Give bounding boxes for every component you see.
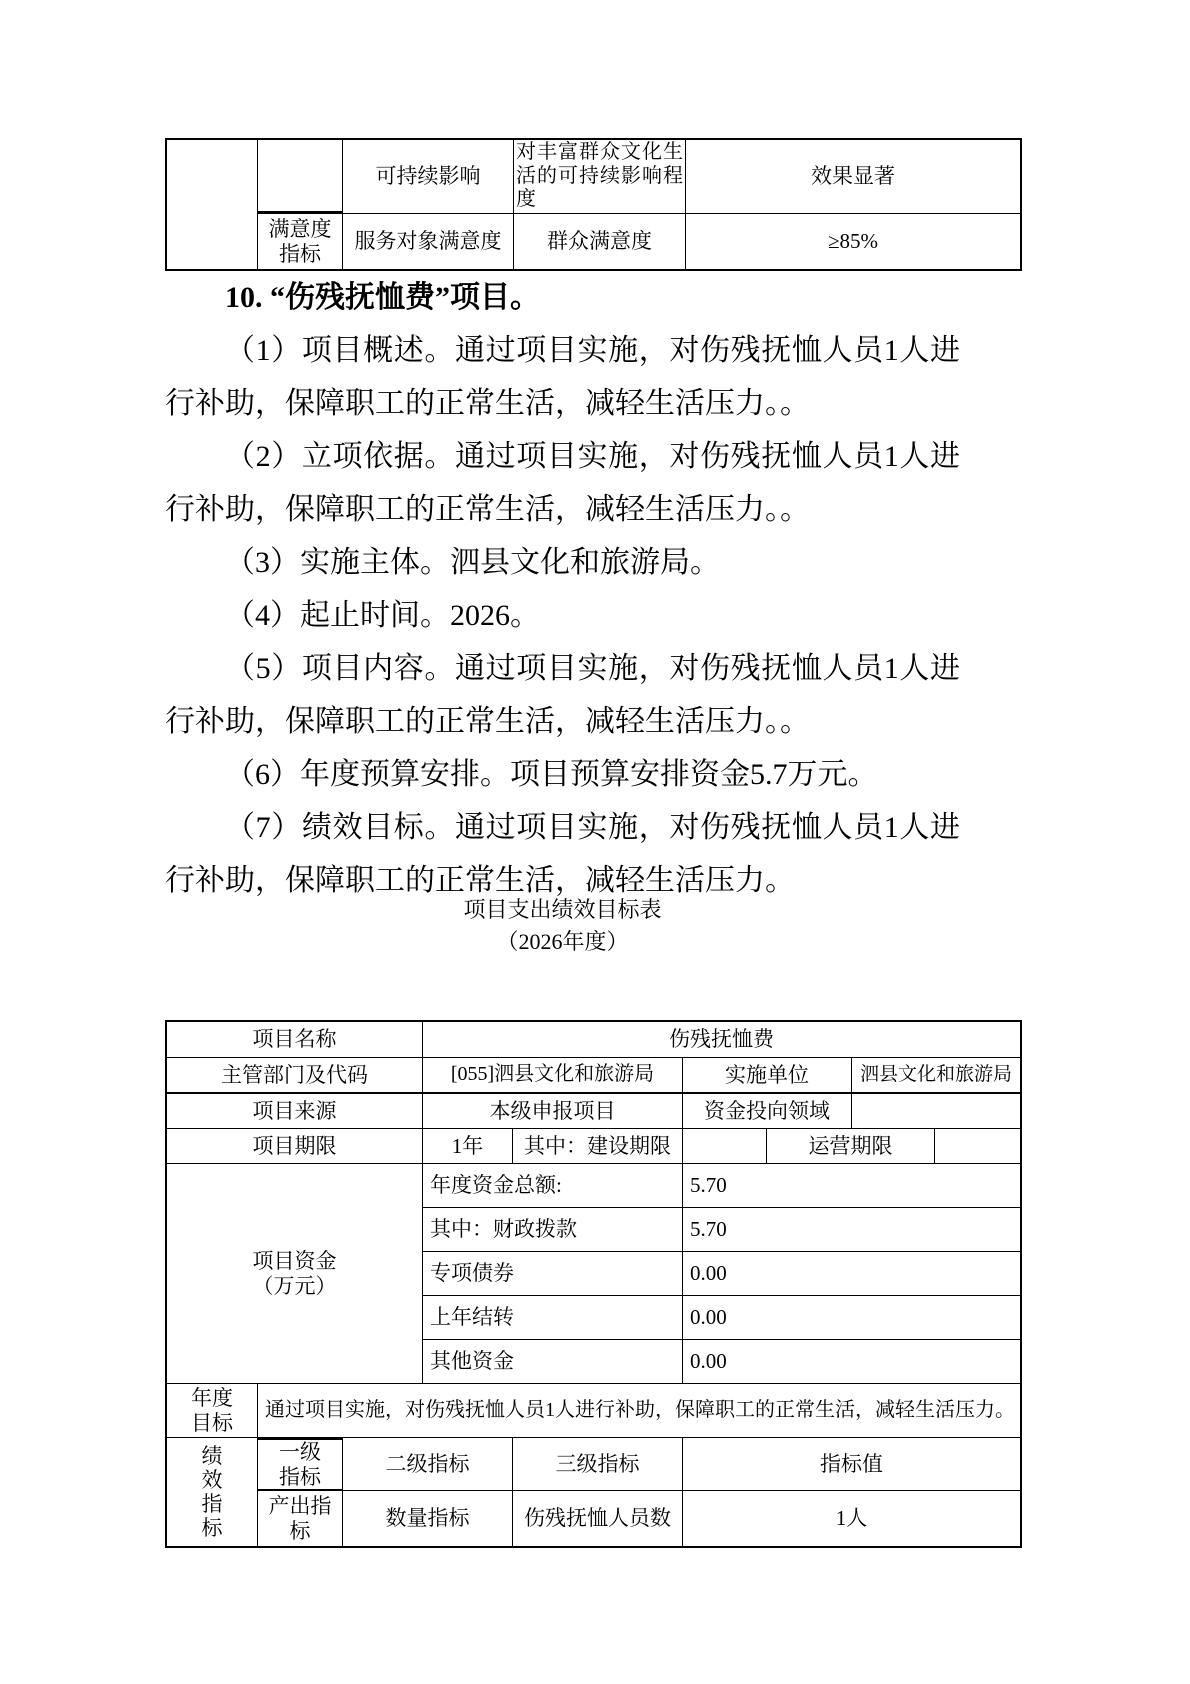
document-page: 可持续影响 对丰富群众文化生活的可持续影响程度 效果显著 满意度 指标 服务对象…: [0, 0, 1190, 1684]
perf-header-level3: 三级指标: [513, 1438, 683, 1491]
project-name-label: 项目名称: [167, 1022, 423, 1058]
paragraph-budget: （6）年度预算安排。项目预算安排资金5.7万元。: [165, 748, 960, 801]
paragraph-basis: （2）立项依据。通过项目实施，对伤残抚恤人员1人进行补助，保障职工的正常生活，减…: [165, 430, 960, 536]
perf-header-value: 指标值: [683, 1438, 1020, 1491]
cont-empty-level1-cell: [258, 140, 343, 214]
impl-unit-value: 泗县文化和旅游局: [852, 1058, 1020, 1094]
section-heading: 10. “伤残抚恤费”项目。: [165, 271, 960, 324]
goal-table-subtitle: （2026年度）: [165, 929, 960, 955]
period-label: 项目期限: [167, 1129, 423, 1164]
funds-fiscal-value: 5.70: [683, 1208, 1020, 1252]
operate-period-label: 运营期限: [767, 1129, 935, 1164]
annual-goal-text: 通过项目实施，对伤残抚恤人员1人进行补助，保障职工的正常生活，减轻生活压力。: [258, 1384, 1020, 1438]
goal-table-title: 项目支出绩效目标表: [165, 897, 960, 923]
invest-field-value: [852, 1094, 1020, 1129]
perf-header-level2: 二级指标: [343, 1438, 513, 1491]
cont-value-cell: 效果显著: [686, 140, 1020, 214]
paragraph-implementer: （3）实施主体。泗县文化和旅游局。: [165, 536, 960, 589]
dept-label: 主管部门及代码: [167, 1058, 423, 1094]
operate-period-value: [935, 1129, 1020, 1164]
cont-satisfaction-level3-cell: 群众满意度: [514, 214, 686, 269]
cont-satisfaction-value-cell: ≥85%: [686, 214, 1020, 269]
perf-row-level1: 产出指 标: [258, 1491, 343, 1546]
paragraph-timeframe: （4）起止时间。2026。: [165, 589, 960, 642]
dept-value: [055]泗县文化和旅游局: [423, 1058, 683, 1094]
project-name-value: 伤残抚恤费: [423, 1022, 1020, 1058]
perf-row-level3: 伤残抚恤人员数: [513, 1491, 683, 1546]
build-period-label: 其中：建设期限: [513, 1129, 683, 1164]
funds-other-value: 0.00: [683, 1340, 1020, 1384]
annual-goal-label: 年度 目标: [167, 1384, 258, 1438]
perf-indicator-label: 绩 效 指 标: [167, 1438, 258, 1546]
funds-other-label: 其他资金: [423, 1340, 683, 1384]
paragraph-content: （5）项目内容。通过项目实施，对伤残抚恤人员1人进行补助，保障职工的正常生活，减…: [165, 642, 960, 748]
paragraph-goal: （7）绩效目标。通过项目实施，对伤残抚恤人员1人进行补助，保障职工的正常生活，减…: [165, 801, 960, 907]
goal-table: 项目名称 伤残抚恤费 主管部门及代码 [055]泗县文化和旅游局 实施单位 泗县…: [165, 1020, 1022, 1548]
funds-carryover-value: 0.00: [683, 1296, 1020, 1340]
funds-total-label: 年度资金总额:: [423, 1164, 683, 1208]
funds-carryover-label: 上年结转: [423, 1296, 683, 1340]
funds-label: 项目资金 （万元）: [167, 1164, 423, 1384]
period-value: 1年: [423, 1129, 513, 1164]
source-label: 项目来源: [167, 1094, 423, 1129]
perf-indicator-label-text: 绩 效 指 标: [197, 1444, 226, 1540]
perf-row-level2: 数量指标: [343, 1491, 513, 1546]
source-value: 本级申报项目: [423, 1094, 683, 1129]
impl-unit-label: 实施单位: [683, 1058, 852, 1094]
cont-satisfaction-level1-cell: 满意度 指标: [258, 214, 343, 269]
perf-header-level1: 一级 指标: [258, 1438, 343, 1491]
cont-empty-category-cell: [167, 140, 258, 269]
funds-fiscal-label: 其中：财政拨款: [423, 1208, 683, 1252]
cont-level3-cell: 对丰富群众文化生活的可持续影响程度: [514, 140, 686, 214]
funds-bond-value: 0.00: [683, 1252, 1020, 1296]
invest-field-label: 资金投向领域: [683, 1094, 852, 1129]
build-period-value: [683, 1129, 767, 1164]
continuation-indicator-table: 可持续影响 对丰富群众文化生活的可持续影响程度 效果显著 满意度 指标 服务对象…: [165, 138, 1022, 271]
paragraph-overview: （1）项目概述。通过项目实施，对伤残抚恤人员1人进行补助，保障职工的正常生活，减…: [165, 324, 960, 430]
cont-satisfaction-level2-cell: 服务对象满意度: [343, 214, 514, 269]
body-text: 10. “伤残抚恤费”项目。 （1）项目概述。通过项目实施，对伤残抚恤人员1人进…: [165, 271, 960, 907]
funds-bond-label: 专项债券: [423, 1252, 683, 1296]
cont-level2-cell: 可持续影响: [343, 140, 514, 214]
funds-total-value: 5.70: [683, 1164, 1020, 1208]
perf-row-value: 1人: [683, 1491, 1020, 1546]
